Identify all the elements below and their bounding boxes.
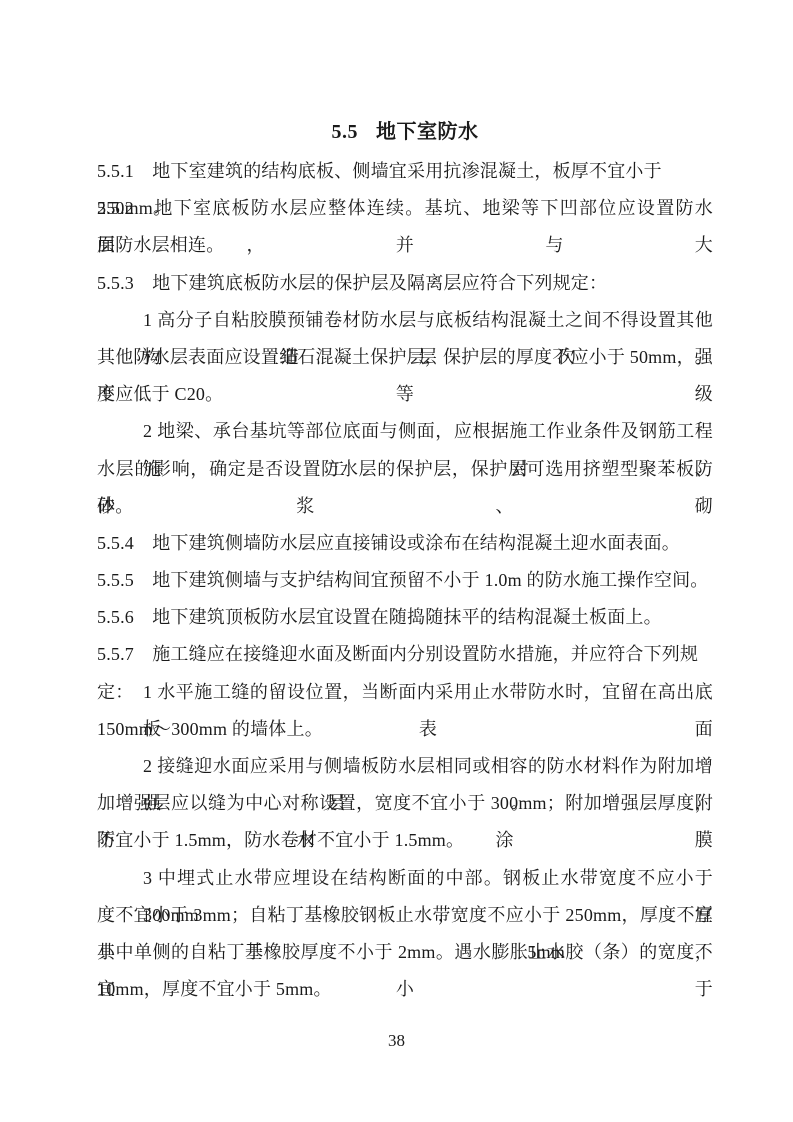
document-body: 5.5.1 地下室建筑的结构底板、侧墙宜采用抗渗混凝土，板厚不宜小于 250mm… bbox=[97, 153, 713, 1008]
text-line: 水层的影响，确定是否设置防水层的保护层，保护层可选用挤塑型聚苯板、砂浆、砌 bbox=[97, 451, 713, 488]
text-line: 1 水平施工缝的留设位置，当断面内采用止水带防水时，宜留在高出底板表面 bbox=[97, 674, 713, 711]
text-line: 3 中埋式止水带应埋设在结构断面的中部。钢板止水带宽度不应小于 300mm，厚 bbox=[97, 860, 713, 897]
section-number: 5.5 bbox=[332, 121, 359, 143]
page-number: 38 bbox=[0, 1022, 793, 1059]
text-line: 其他防水层表面应设置细石混凝土保护层，保护层的厚度不应小于 50mm，强度等级 bbox=[97, 339, 713, 376]
text-line: 5.5.5 地下建筑侧墙与支护结构间宜预留不小于 1.0m 的防水施工操作空间。 bbox=[97, 562, 713, 599]
text-line: 其中单侧的自粘丁基橡胶厚度不小于 2mm。遇水膨胀止水胶（条）的宽度不宜小于 bbox=[97, 934, 713, 971]
document-page: 5.5地下室防水 5.5.1 地下室建筑的结构底板、侧墙宜采用抗渗混凝土，板厚不… bbox=[0, 0, 793, 1122]
text-line: 5.5.3 地下建筑底板防水层的保护层及隔离层应符合下列规定： bbox=[97, 265, 713, 302]
text-line: 5.5.2 地下室底板防水层应整体连续。基坑、地梁等下凹部位应设置防水层，并与大 bbox=[97, 190, 713, 227]
text-line: 5.5.4 地下建筑侧墙防水层应直接铺设或涂布在结构混凝土迎水面表面。 bbox=[97, 525, 713, 562]
text-line: 5.5.1 地下室建筑的结构底板、侧墙宜采用抗渗混凝土，板厚不宜小于 250mm… bbox=[97, 153, 713, 190]
text-line: 2 接缝迎水面应采用与侧墙板防水层相同或相容的防水材料作为附加增强层。附 bbox=[97, 748, 713, 785]
text-line: 5.5.7 施工缝应在接缝迎水面及断面内分别设置防水措施，并应符合下列规定： bbox=[97, 636, 713, 673]
text-line: 1 高分子自粘胶膜预铺卷材防水层与底板结构混凝土之间不得设置其他构造层次。 bbox=[97, 302, 713, 339]
text-line: 5.5.6 地下建筑顶板防水层宜设置在随捣随抹平的结构混凝土板面上。 bbox=[97, 599, 713, 636]
section-title: 地下室防水 bbox=[376, 121, 479, 143]
text-line: 加增强层应以缝为中心对称设置，宽度不宜小于 300mm；附加增强层厚度，防水涂膜 bbox=[97, 785, 713, 822]
text-line: 2 地梁、承台基坑等部位底面与侧面，应根据施工作业条件及钢筋工程施工对防 bbox=[97, 413, 713, 450]
section-heading: 5.5地下室防水 bbox=[97, 114, 713, 151]
text-line: 度不宜小于 3mm；自粘丁基橡胶钢板止水带宽度不应小于 250mm，厚度不宜小于… bbox=[97, 897, 713, 934]
